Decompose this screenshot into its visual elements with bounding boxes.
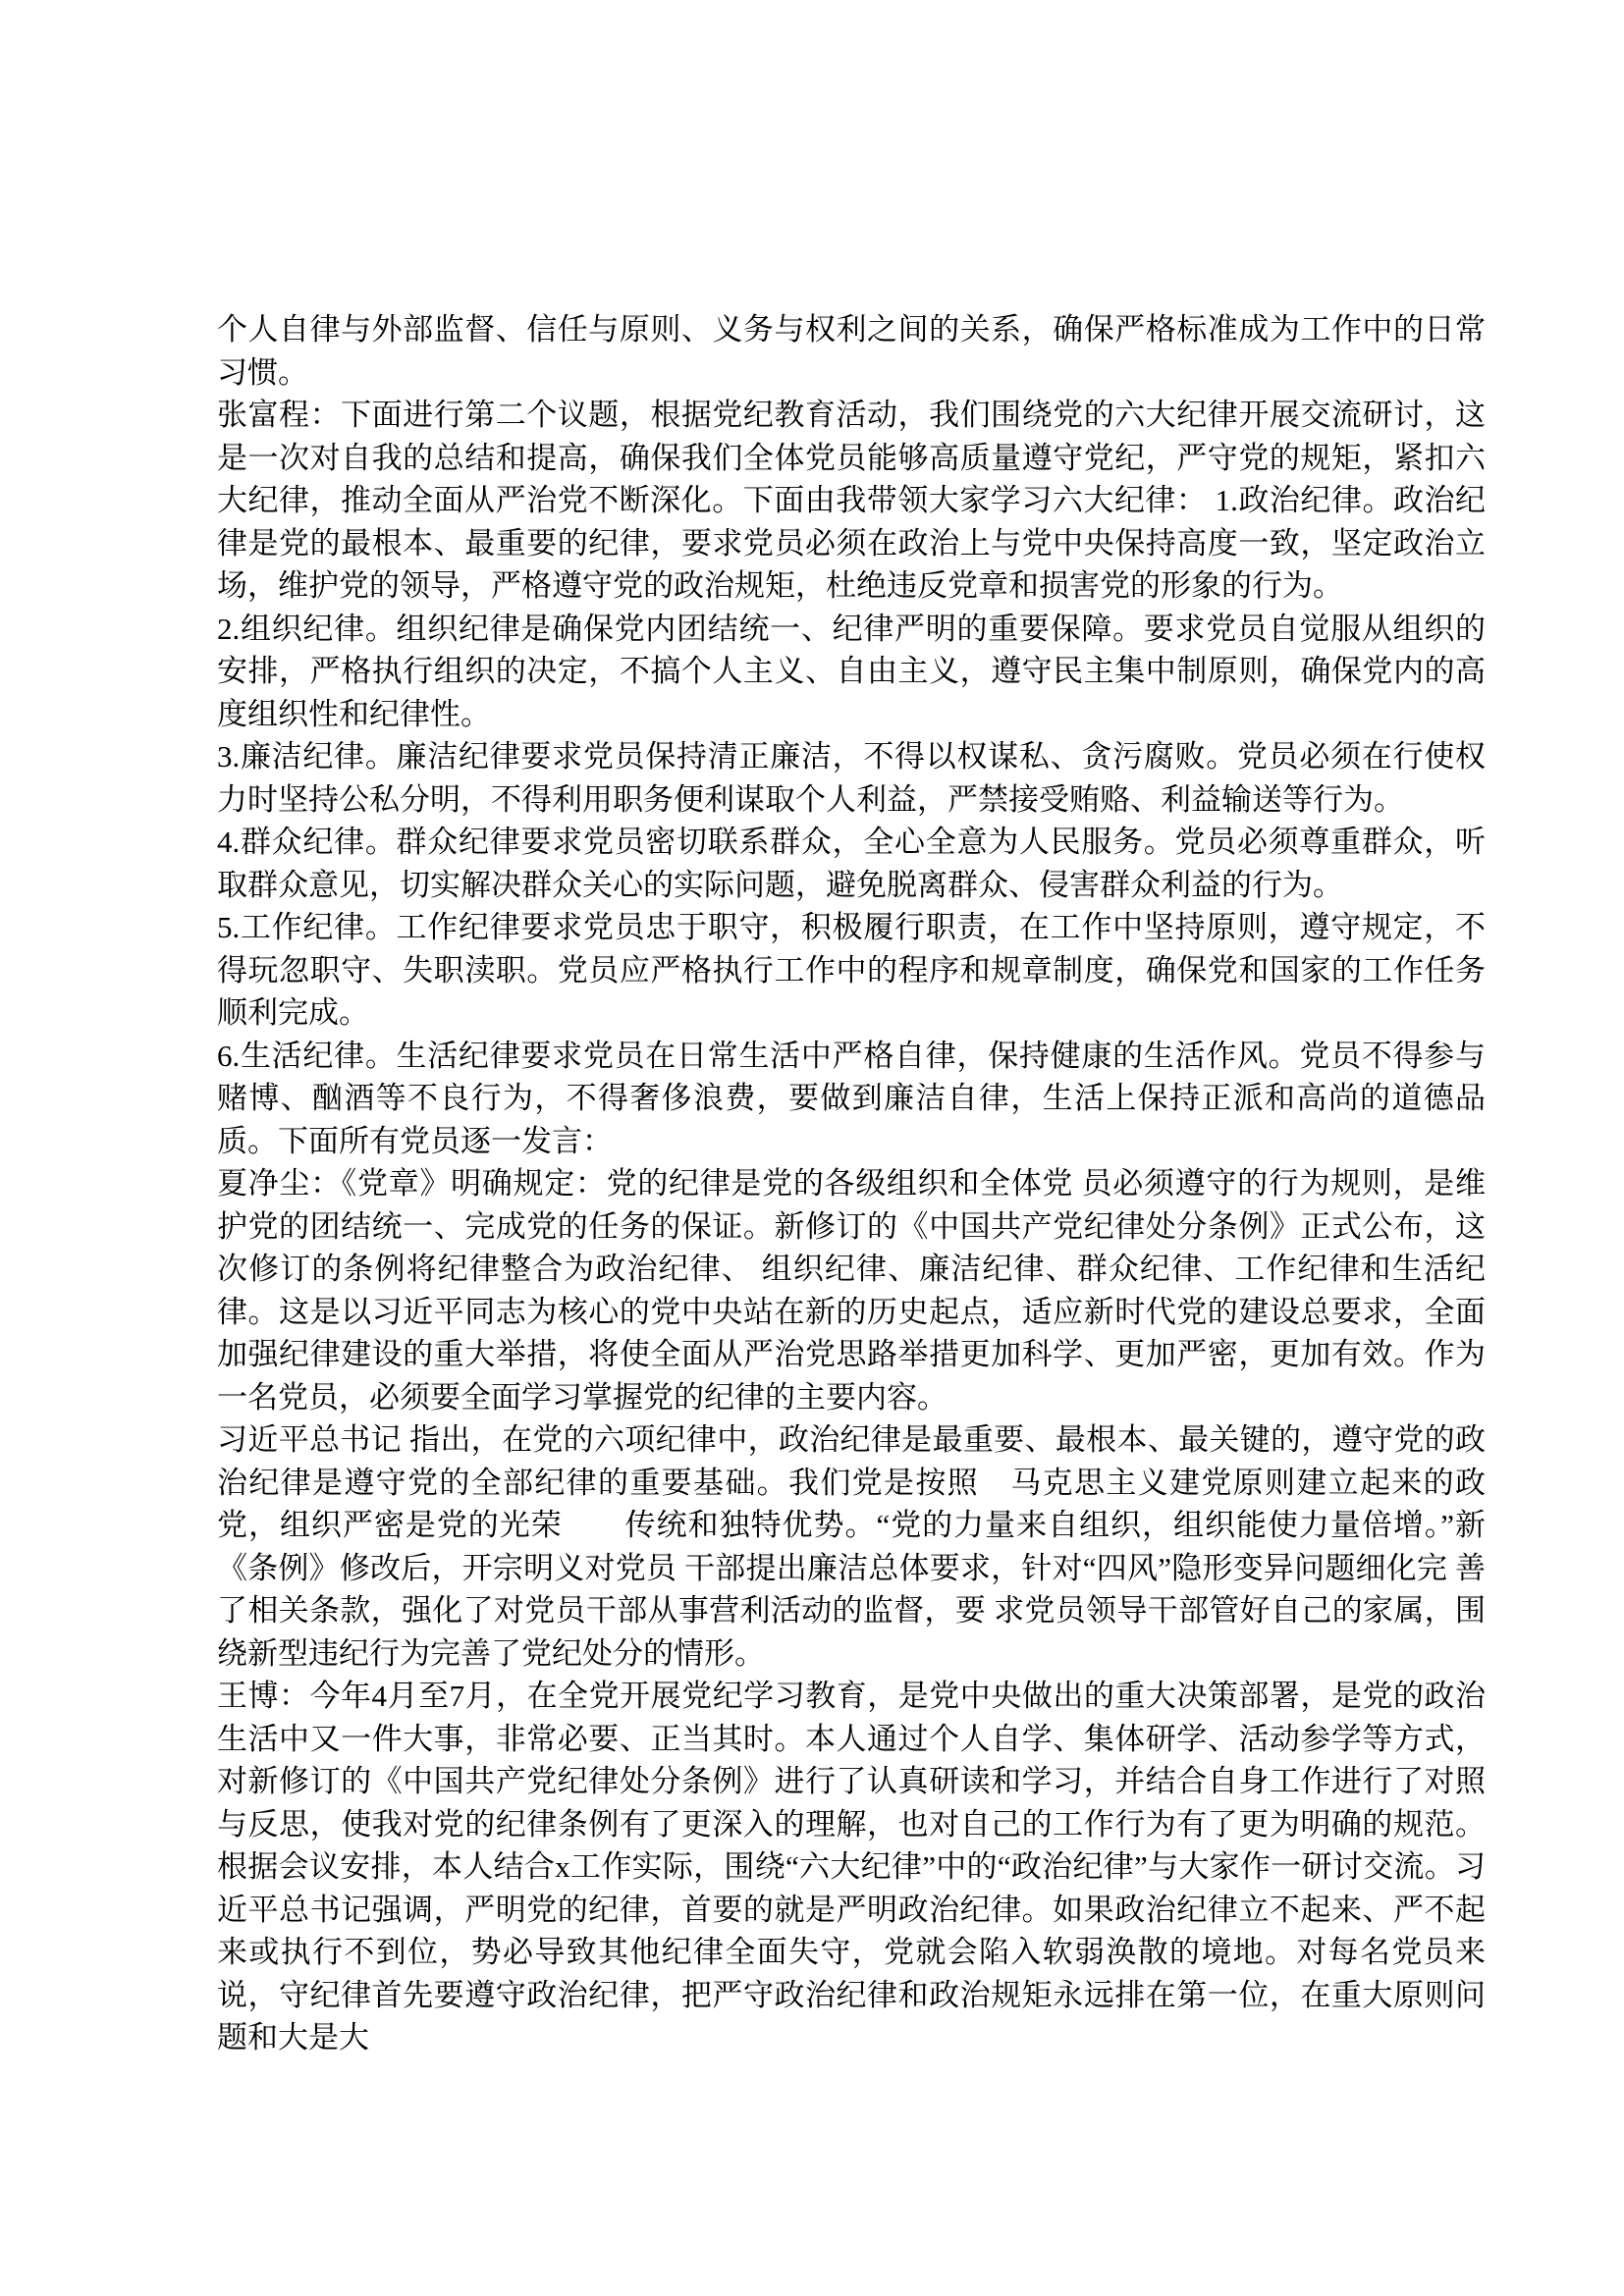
document-page: 个人自律与外部监督、信任与原则、义务与权利之间的关系，确保严格标准成为工作中的日…: [0, 0, 1624, 2296]
paragraph: 张富程：下面进行第二个议题，根据党纪教育活动，我们围绕党的六大纪律开展交流研讨，…: [217, 394, 1486, 608]
paragraph: 个人自律与外部监督、信任与原则、义务与权利之间的关系，确保严格标准成为工作中的日…: [217, 308, 1486, 394]
paragraph: 3.廉洁纪律。廉洁纪律要求党员保持清正廉洁，不得以权谋私、贪污腐败。党员必须在行…: [217, 735, 1486, 821]
paragraph: 2.组织纪律。组织纪律是确保党内团结统一、纪律严明的重要保障。要求党员自觉服从组…: [217, 608, 1486, 736]
paragraph: 习近平总书记 指出，在党的六项纪律中，政治纪律是最重要、最根本、最关键的，遵守党…: [217, 1418, 1486, 1675]
paragraph: 夏净尘：《党章》明确规定：党的纪律是党的各级组织和全体党 员必须遵守的行为规则，…: [217, 1162, 1486, 1418]
paragraph: 王博：今年4月至7月，在全党开展党纪学习教育，是党中央做出的重大决策部署，是党的…: [217, 1675, 1486, 2059]
paragraph: 4.群众纪律。群众纪律要求党员密切联系群众，全心全意为人民服务。党员必须尊重群众…: [217, 821, 1486, 906]
paragraph: 6.生活纪律。生活纪律要求党员在日常生活中严格自律，保持健康的生活作风。党员不得…: [217, 1035, 1486, 1163]
document-body: 个人自律与外部监督、信任与原则、义务与权利之间的关系，确保严格标准成为工作中的日…: [217, 308, 1486, 2059]
paragraph: 5.工作纪律。工作纪律要求党员忠于职守，积极履行职责，在工作中坚持原则，遵守规定…: [217, 906, 1486, 1035]
